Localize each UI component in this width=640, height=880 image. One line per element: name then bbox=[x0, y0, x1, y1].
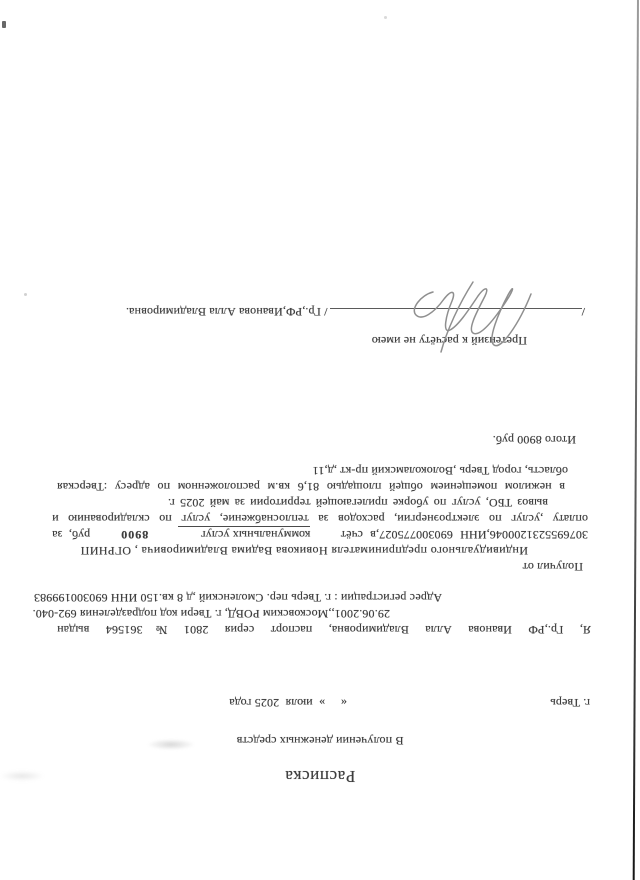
document-title: Расписка bbox=[0, 769, 640, 784]
received-from-line: Получил от bbox=[522, 559, 583, 574]
document-subtitle: В получении денежных средств bbox=[0, 733, 640, 748]
handwritten-signature bbox=[370, 278, 545, 358]
scan-smudge-artifact bbox=[147, 739, 195, 750]
scan-speck-artifact bbox=[2, 21, 6, 28]
signature-name: / Гр.,РФ,Иванова Алла Владимировна. bbox=[126, 304, 328, 320]
passport-issue-line: 29.06.2001,,Московским РОВД, г. Твери ко… bbox=[32, 606, 390, 621]
receipt-document: Расписка В получении денежных средств г.… bbox=[0, 0, 640, 880]
signature-open-slash: / bbox=[582, 304, 585, 320]
total-line: Итого 8900 руб. bbox=[493, 432, 576, 447]
date-line: « » июля 2025 года bbox=[229, 695, 347, 710]
money-line-tail: руб, за bbox=[52, 527, 90, 542]
money-amount: 8900 bbox=[120, 527, 148, 542]
money-line-ids: 3076955231200046,ИНН 690300775027,в счёт bbox=[341, 527, 588, 542]
scan-dot-top-artifact bbox=[384, 16, 387, 19]
city-label: г. Тверь bbox=[550, 695, 590, 710]
passport-line: Я, Гр.,РФ Иванова Алла Владимировна, пас… bbox=[57, 622, 591, 637]
entrepreneur-line: Индивидуального предпринимателя Новикова… bbox=[80, 543, 528, 558]
services-line-2: вывоз ТБО, услуг по уборке прилегающей т… bbox=[168, 495, 548, 510]
scan-dot-artifact bbox=[24, 293, 27, 296]
services-line-1: оплату ,услуг по электроэнергии, расходо… bbox=[52, 511, 588, 526]
registration-address-line: Адрес регистрации : г. Тверь пер. Смолен… bbox=[34, 590, 442, 605]
scanned-page: Расписка В получении денежных средств г.… bbox=[0, 0, 640, 880]
scan-smudge-bottom-artifact bbox=[0, 771, 44, 781]
premises-line: в нежилом помещением общей площадью 81,6… bbox=[57, 479, 565, 494]
money-line-services-underlined: коммунальных услуг bbox=[179, 526, 311, 542]
premises-address-line: область, город Тверь ,Волоколамский пр-к… bbox=[312, 463, 568, 478]
money-line: 3076955231200046,ИНН 690300775027,в счёт… bbox=[52, 527, 588, 542]
